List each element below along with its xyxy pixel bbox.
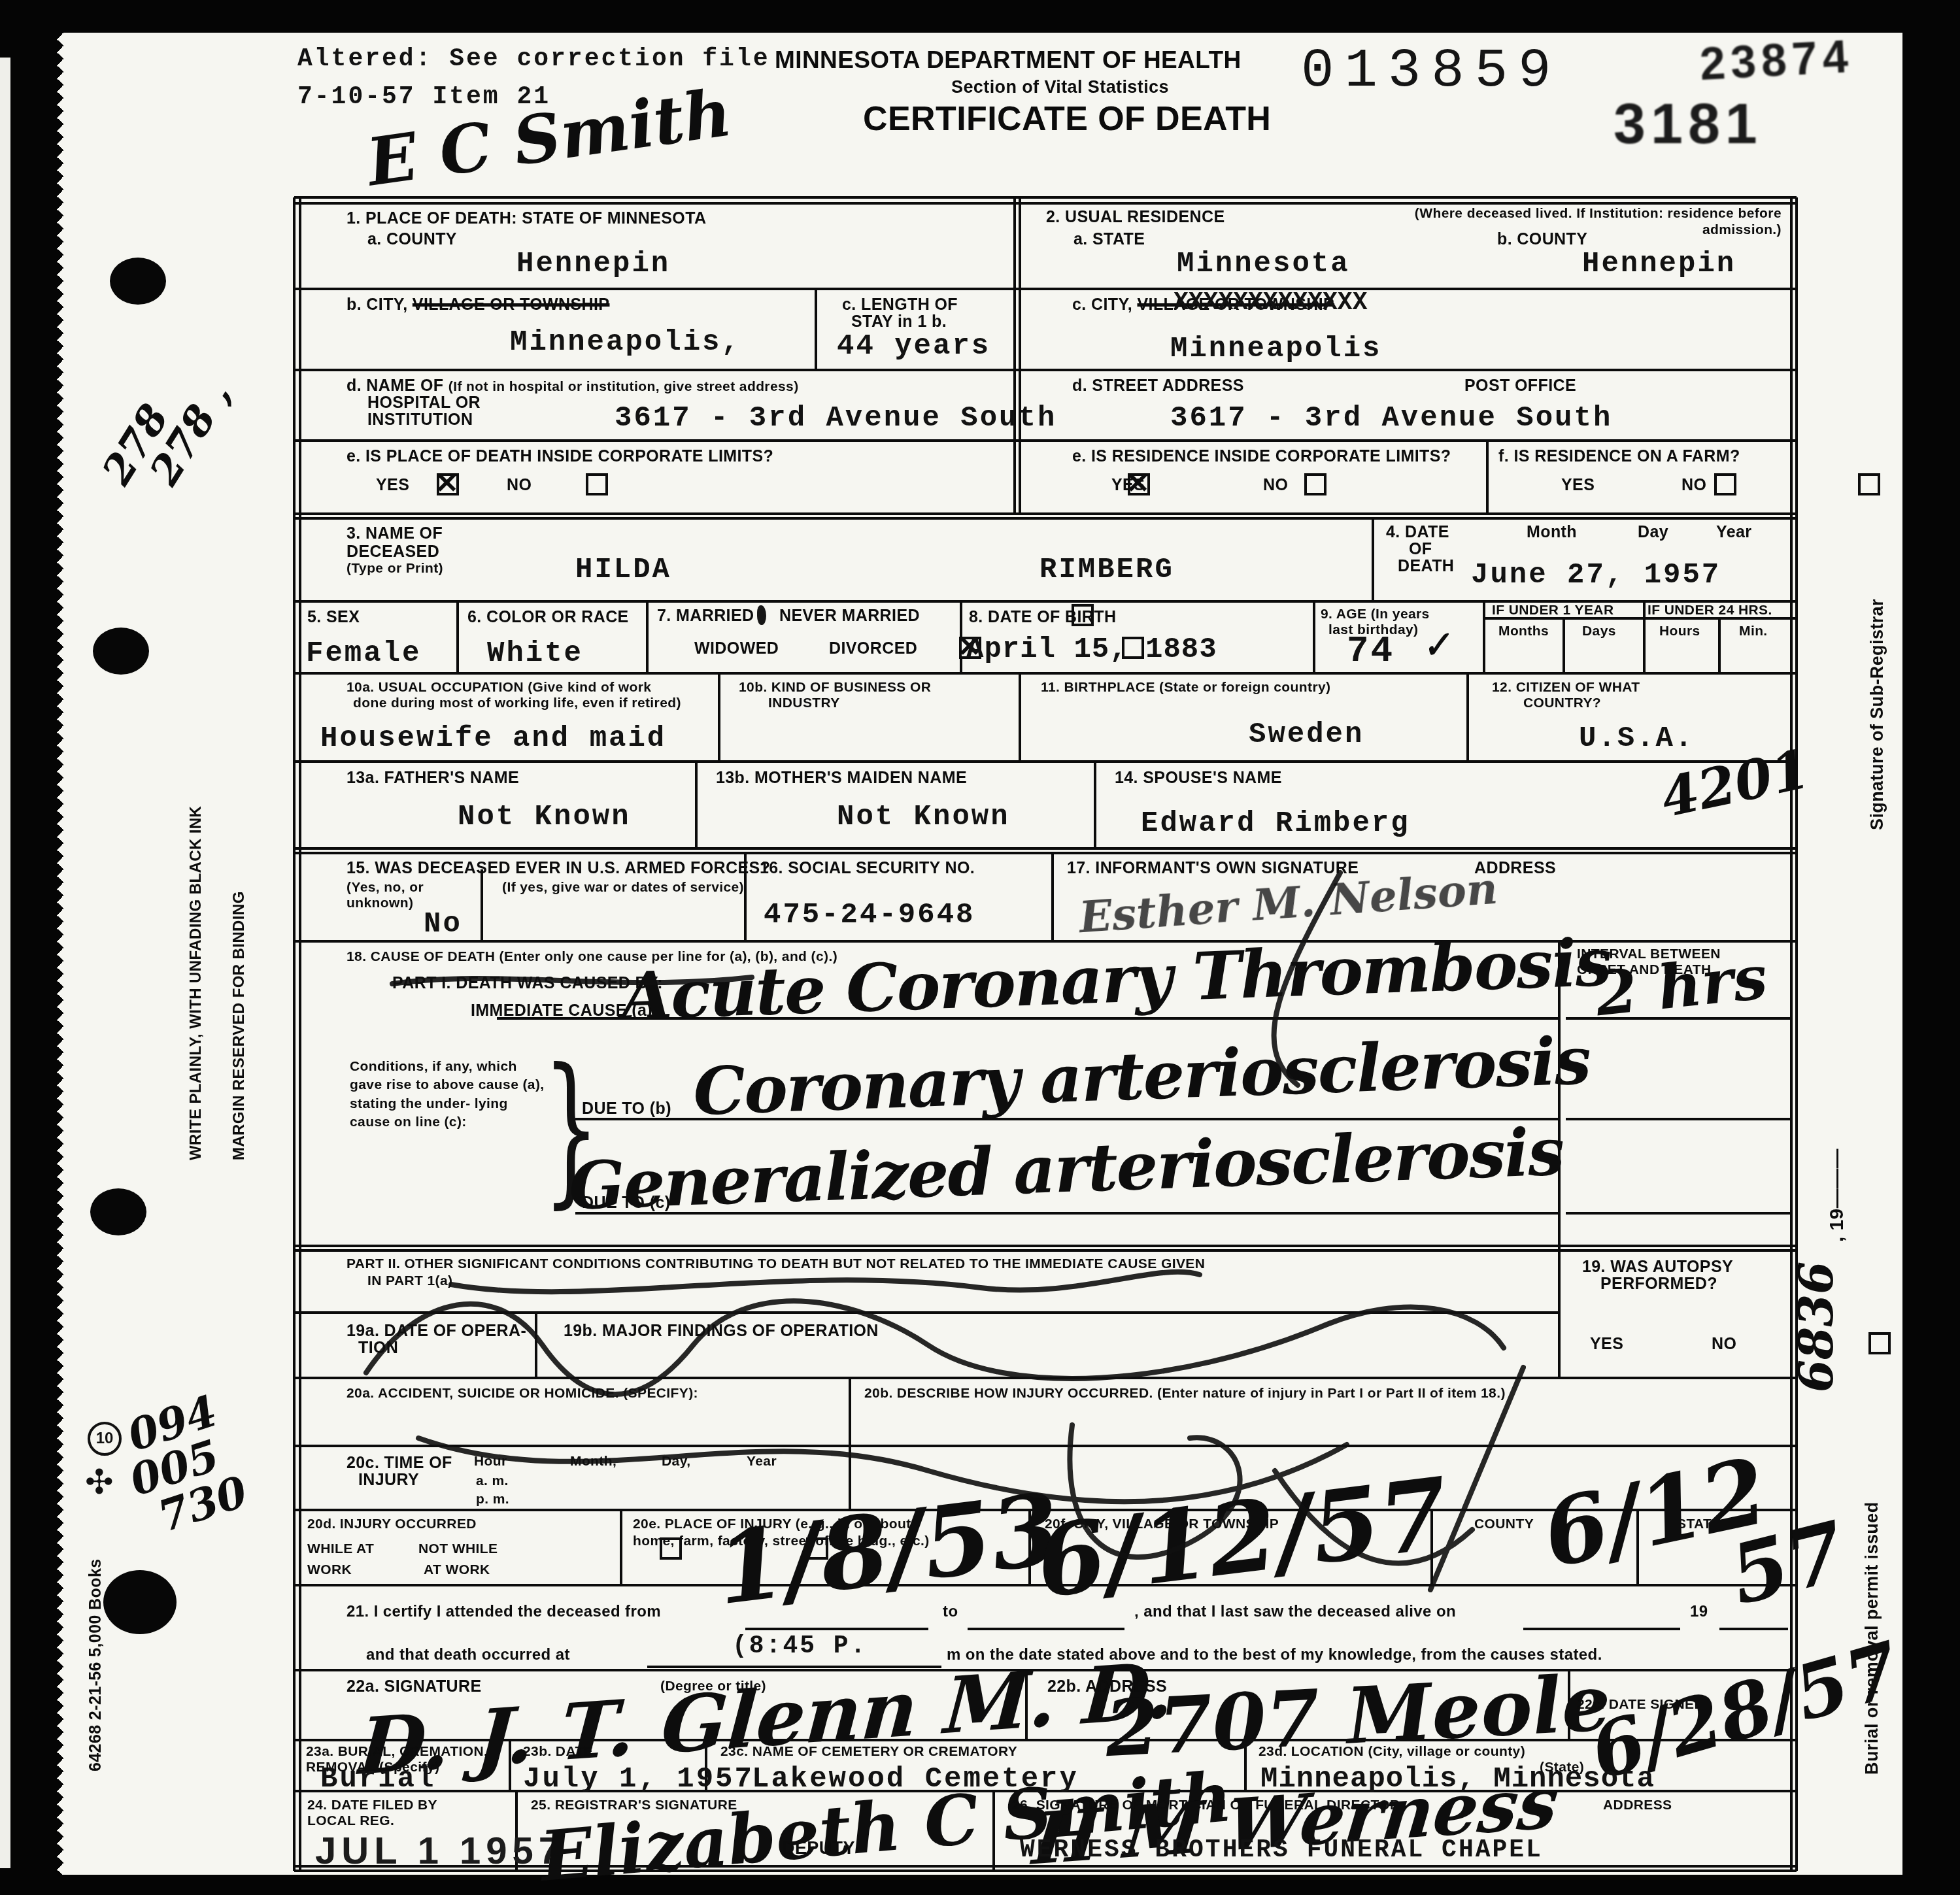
- part2-label2: IN PART 1(a): [367, 1273, 452, 1290]
- field-1e-yes: YES: [376, 476, 409, 495]
- field-24-label: 24. DATE FILED BY: [307, 1798, 437, 1814]
- field-3-label3: (Type or Print): [346, 561, 443, 577]
- field-2c-value: Minneapolis: [1170, 335, 1381, 363]
- field-2f-yes: YES: [1561, 476, 1595, 495]
- deceased-first-name: HILDA: [575, 556, 671, 584]
- burial-value: Burial: [320, 1765, 435, 1794]
- field-20c-label2: INJURY: [358, 1471, 419, 1490]
- day-label: Day,: [662, 1454, 690, 1470]
- field-3-label2: DECEASED: [346, 543, 439, 562]
- field-1e-label: e. IS PLACE OF DEATH INSIDE CORPORATE LI…: [346, 447, 773, 467]
- certify-to: to: [943, 1603, 958, 1621]
- under-24-hrs-label: IF UNDER 24 HRS.: [1647, 603, 1772, 619]
- field-9-label: 9. AGE (In years: [1321, 607, 1430, 623]
- month-label: Month,: [570, 1454, 617, 1470]
- field-19-label2: PERFORMED?: [1600, 1275, 1717, 1294]
- citizen-value: U.S.A.: [1579, 724, 1694, 753]
- field-13a-label: 13a. FATHER'S NAME: [346, 769, 519, 788]
- county-label: COUNTY: [1474, 1517, 1534, 1533]
- due-to-b-label: DUE TO (b): [582, 1099, 671, 1119]
- field-2d-value: 3617 - 3rd Avenue South: [1170, 404, 1612, 433]
- field-12-label2: COUNTRY?: [1523, 696, 1601, 712]
- conditions-note: Conditions, if any, which gave rise to a…: [350, 1058, 546, 1132]
- age-value: 74: [1347, 633, 1394, 669]
- certify-text-1: 21. I certify I attended the deceased fr…: [346, 1603, 661, 1621]
- field-2e-yes: YES: [1111, 476, 1145, 495]
- field-2d-postoffice-label: POST OFFICE: [1464, 377, 1576, 396]
- field-2f-no: NO: [1681, 476, 1706, 495]
- date-of-birth-value: April 15, 1883: [966, 635, 1217, 664]
- field-1c-label2: STAY in 1 b.: [851, 312, 947, 332]
- time-of-death-value: (8:45 P.: [732, 1634, 867, 1659]
- am-label: a. m.: [476, 1473, 509, 1490]
- deputy-label: DEPUTY: [782, 1838, 855, 1859]
- field-2b-label: b. COUNTY: [1497, 230, 1587, 250]
- funeral-chapel-value: WERNESS BROTHERS FUNERAL CHAPEL: [1020, 1838, 1543, 1863]
- field-12-label: 12. CITIZEN OF WHAT: [1492, 680, 1640, 696]
- field-1a-label: a. COUNTY: [367, 230, 457, 250]
- field-7-label: 7. MARRIED: [657, 607, 754, 626]
- hours-label: Hours: [1659, 624, 1700, 640]
- field-2f-no-checkbox: [1858, 473, 1880, 495]
- not-while-label: NOT WHILE: [418, 1541, 498, 1558]
- field-4-label3: DEATH: [1398, 557, 1454, 577]
- deceased-last-name: RIMBERG: [1039, 556, 1174, 584]
- field-1a-value: Hennepin: [516, 250, 670, 278]
- year-label: Year: [747, 1454, 777, 1470]
- field-2b-value: Hennepin: [1582, 250, 1736, 278]
- field-2e-label: e. IS RESIDENCE INSIDE CORPORATE LIMITS?: [1072, 447, 1451, 467]
- while-at-label: WHILE AT: [307, 1541, 374, 1558]
- field-11-label: 11. BIRTHPLACE (State or foreign country…: [1041, 680, 1330, 696]
- birthplace-value: Sweden: [1249, 720, 1364, 749]
- field-2a-label: a. STATE: [1073, 230, 1145, 250]
- months-label: Months: [1498, 624, 1549, 640]
- field-16-label: 16. SOCIAL SECURITY NO.: [760, 859, 975, 879]
- mother-name-value: Not Known: [837, 803, 1010, 831]
- field-2c-strikeout: XXXXXXXXXXXXX: [1174, 291, 1367, 316]
- age-checkmark: ✓: [1420, 627, 1453, 665]
- field-15-note1: (Yes, no, or: [346, 880, 424, 896]
- field-10a-label2: done during most of working life, even i…: [353, 696, 681, 712]
- field-24-label2: LOCAL REG.: [307, 1813, 394, 1830]
- race-value: White: [487, 639, 583, 668]
- field-10a-label: 10a. USUAL OCCUPATION (Give kind of work: [346, 680, 651, 696]
- pm-label: p. m.: [476, 1492, 509, 1508]
- field-1c-value: 44 years: [837, 332, 990, 361]
- autopsy-no: NO: [1712, 1335, 1736, 1354]
- field-26-address-label: ADDRESS: [1603, 1798, 1672, 1814]
- field-15-note3: (If yes, give war or dates of service): [502, 880, 744, 896]
- field-2e-no: NO: [1263, 476, 1288, 495]
- certify-19: 19: [1690, 1603, 1708, 1621]
- field-2d-label: d. STREET ADDRESS: [1072, 377, 1244, 396]
- field-1d-value: 3617 - 3rd Avenue South: [615, 404, 1056, 433]
- field-19a-label2: TION: [358, 1339, 398, 1358]
- field-2f-label: f. IS RESIDENCE ON A FARM?: [1498, 447, 1740, 467]
- field-10b-label2: INDUSTRY: [768, 696, 840, 712]
- field-23d-label: 23d. LOCATION (City, village or county): [1259, 1744, 1525, 1760]
- field-1d-label3: INSTITUTION: [367, 411, 473, 430]
- under-1-year-label: IF UNDER 1 YEAR: [1492, 603, 1614, 619]
- death-occurred-text: and that death occurred at: [366, 1646, 570, 1664]
- occupation-value: Housewife and maid: [320, 724, 666, 753]
- at-work-label: AT WORK: [424, 1562, 490, 1579]
- field-23b-label: 23b. DATE: [523, 1744, 593, 1760]
- armed-forces-value: No: [424, 910, 462, 939]
- field-8-label: 8. DATE OF BIRTH: [969, 608, 1116, 628]
- work-label: WORK: [307, 1562, 352, 1579]
- never-married-label: NEVER MARRIED: [779, 607, 920, 626]
- widowed-label: WIDOWED: [694, 639, 779, 659]
- field-2a-value: Minnesota: [1177, 250, 1350, 278]
- interval-handwriting: 2 hrs: [1593, 947, 1770, 1024]
- field-15-label: 15. WAS DECEASED EVER IN U.S. ARMED FORC…: [346, 859, 770, 879]
- date-filed-stamp: JUL 1 1957: [315, 1829, 565, 1873]
- sex-value: Female: [306, 639, 421, 668]
- field-23c-label: 23c. NAME OF CEMETERY OR CREMATORY: [720, 1744, 1017, 1760]
- scanned-death-certificate: 278278 , WRITE PLAINLY, WITH UNFADING BL…: [0, 0, 1960, 1895]
- days-label: Days: [1582, 624, 1616, 640]
- field-1e-no: NO: [507, 476, 532, 495]
- autopsy-yes: YES: [1590, 1335, 1623, 1354]
- field-10b-label: 10b. KIND OF BUSINESS OR: [739, 680, 931, 696]
- field-1e-no-checkbox: [586, 473, 608, 495]
- field-4-month: Month: [1527, 523, 1577, 543]
- field-5-label: 5. SEX: [307, 608, 360, 628]
- field-23a-label: 23a. BURIAL, CREMATION,: [306, 1744, 488, 1760]
- field-1-title: 1. PLACE OF DEATH: STATE OF MINNESOTA: [346, 209, 706, 229]
- divorced-label: DIVORCED: [829, 639, 917, 659]
- field-13b-label: 13b. MOTHER'S MAIDEN NAME: [716, 769, 967, 788]
- field-19b-label: 19b. MAJOR FINDINGS OF OPERATION: [564, 1322, 879, 1341]
- father-name-value: Not Known: [458, 803, 631, 831]
- field-20a-label: 20a. ACCIDENT, SUICIDE OR HOMICIDE. (SPE…: [346, 1386, 698, 1402]
- burial-date-value: July 1, 1957: [523, 1765, 754, 1794]
- field-3-label: 3. NAME OF: [346, 524, 443, 544]
- date-of-death-value: June 27, 1957: [1471, 561, 1721, 590]
- certify-text-2: , and that I last saw the deceased alive…: [1134, 1603, 1456, 1621]
- field-4-day: Day: [1638, 523, 1668, 543]
- field-1e-yes-checkbox: [437, 473, 459, 495]
- field-2-title: 2. USUAL RESIDENCE: [1046, 208, 1225, 227]
- part2-label: PART II. OTHER SIGNIFICANT CONDITIONS CO…: [346, 1256, 1205, 1273]
- ssn-value: 475-24-9648: [764, 901, 975, 930]
- last-seen-year: 57: [1723, 1511, 1853, 1617]
- min-label: Min.: [1739, 624, 1768, 640]
- field-15-note2: unknown): [346, 896, 413, 912]
- field-1b-value: Minneapolis,: [510, 328, 741, 357]
- field-1b-label: b. CITY, VILLAGE OR TOWNSHIP: [346, 295, 609, 315]
- field-2e-no-checkbox: [1304, 473, 1326, 495]
- field-14-label: 14. SPOUSE'S NAME: [1115, 769, 1282, 788]
- hour-label: Hour: [474, 1454, 507, 1470]
- field-20d-label: 20d. INJURY OCCURRED: [307, 1517, 477, 1533]
- field-4-year: Year: [1716, 523, 1751, 543]
- autopsy-yes-checkbox: [1868, 1332, 1891, 1354]
- field-20b-label: 20b. DESCRIBE HOW INJURY OCCURRED. (Ente…: [864, 1386, 1506, 1402]
- ink-blot: [757, 605, 766, 625]
- field-6-label: 6. COLOR OR RACE: [467, 608, 629, 628]
- spouse-name-value: Edward Rimberg: [1141, 809, 1410, 838]
- field-2f-yes-checkbox: [1714, 473, 1736, 495]
